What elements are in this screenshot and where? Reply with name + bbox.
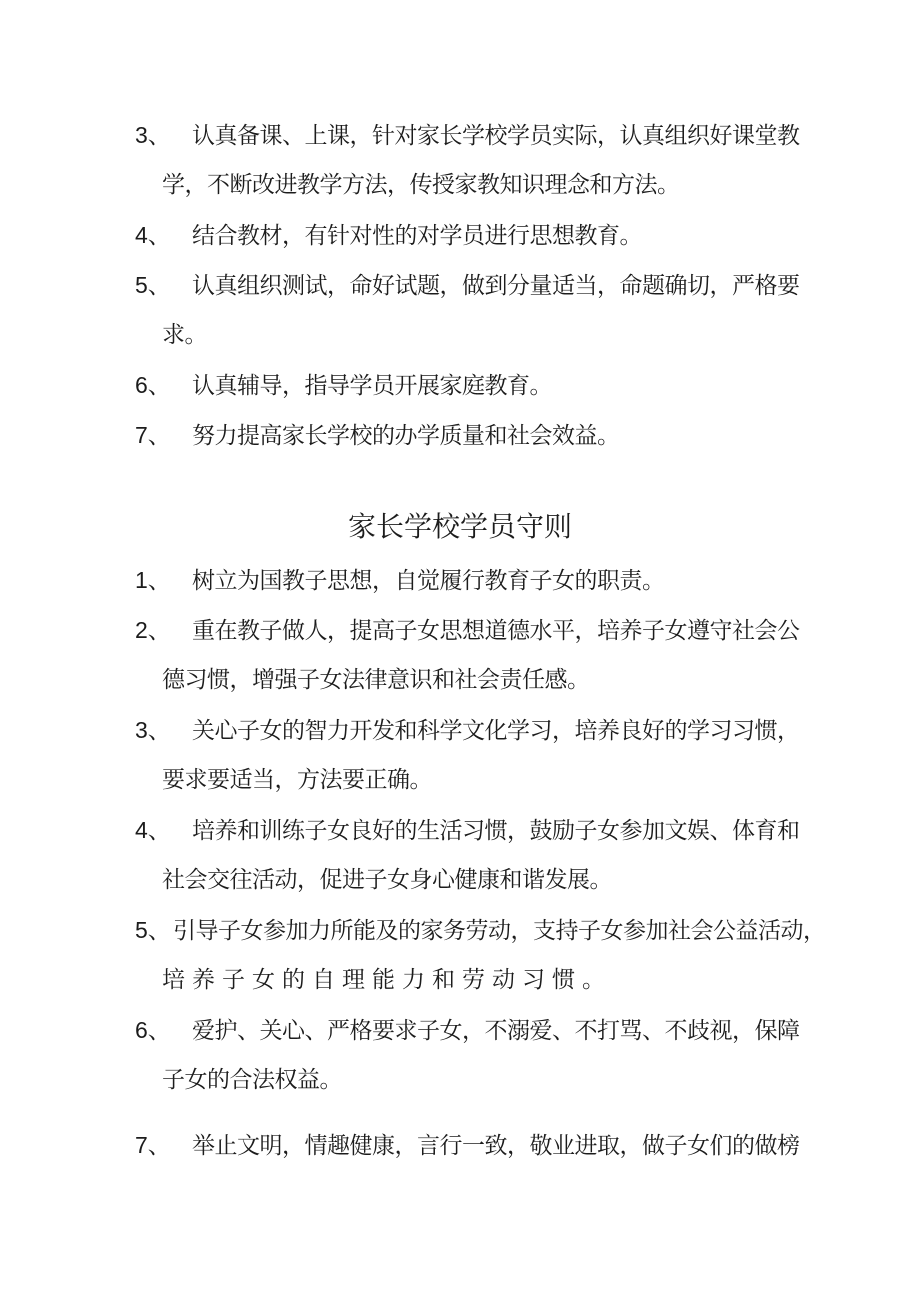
duty-item-6-line-1: 6、认真辅导，指导学员开展家庭教育。 xyxy=(0,360,920,410)
rule-item-4-line-2: 社会交往活动，促进子女身心健康和谐发展。 xyxy=(0,855,920,905)
list-number: 4、 xyxy=(135,210,192,260)
rule-item-1-line-1: 1、树立为国教子思想，自觉履行教育子女的职责。 xyxy=(0,555,920,605)
line-text: 引导子女参加力所能及的家务劳动，支持子女参加社会公益活动， xyxy=(173,918,826,943)
list-number: 5、 xyxy=(135,260,192,310)
duty-item-7: 7、努力提高家长学校的办学质量和社会效益。 xyxy=(0,410,920,460)
list-number: 6、 xyxy=(135,1005,192,1055)
duty-item-3-line-2: 学，不断改进教学方法，传授家教知识理念和方法。 xyxy=(0,160,920,210)
rule-item-5: 5、引导子女参加力所能及的家务劳动，支持子女参加社会公益活动， 培养子女的自理能… xyxy=(0,905,920,1005)
line-text: 树立为国教子思想，自觉履行教育子女的职责。 xyxy=(192,568,665,593)
list-number: 3、 xyxy=(135,110,192,160)
line-text: 关心子女的智力开发和科学文化学习，培养良好的学习习惯， xyxy=(192,718,800,743)
rule-item-4: 4、培养和训练子女良好的生活习惯，鼓励子女参加文娱、体育和 社会交往活动，促进子… xyxy=(0,805,920,905)
line-text: 培养和训练子女良好的生活习惯，鼓励子女参加文娱、体育和 xyxy=(192,818,800,843)
duty-item-3: 3、认真备课、上课，针对家长学校学员实际，认真组织好课堂教 学，不断改进教学方法… xyxy=(0,110,920,210)
duty-item-6: 6、认真辅导，指导学员开展家庭教育。 xyxy=(0,360,920,410)
rule-item-6: 6、爱护、关心、严格要求子女，不溺爱、不打骂、不歧视，保障 子女的合法权益。 xyxy=(0,1005,920,1105)
rule-item-2-line-2: 德习惯，增强子女法律意识和社会责任感。 xyxy=(0,655,920,705)
line-text: 爱护、关心、严格要求子女，不溺爱、不打骂、不歧视，保障 xyxy=(192,1018,800,1043)
rule-item-5-line-1: 5、引导子女参加力所能及的家务劳动，支持子女参加社会公益活动， xyxy=(0,905,920,955)
list-number: 3、 xyxy=(135,705,192,755)
line-text: 认真组织测试，命好试题，做到分量适当，命题确切，严格要 xyxy=(192,273,800,298)
rule-item-7: 7、举止文明，情趣健康，言行一致，敬业进取，做子女们的做榜 xyxy=(0,1120,920,1170)
rule-item-6-line-1: 6、爱护、关心、严格要求子女，不溺爱、不打骂、不歧视，保障 xyxy=(0,1005,920,1055)
rule-item-4-line-1: 4、培养和训练子女良好的生活习惯，鼓励子女参加文娱、体育和 xyxy=(0,805,920,855)
list-number: 7、 xyxy=(135,410,192,460)
list-number: 2、 xyxy=(135,605,192,655)
duty-item-4-line-1: 4、结合教材，有针对性的对学员进行思想教育。 xyxy=(0,210,920,260)
section-heading: 家长学校学员守则 xyxy=(0,500,920,555)
rule-item-3-line-1: 3、关心子女的智力开发和科学文化学习，培养良好的学习习惯， xyxy=(0,705,920,755)
duty-item-3-line-1: 3、认真备课、上课，针对家长学校学员实际，认真组织好课堂教 xyxy=(0,110,920,160)
rule-item-2-line-1: 2、重在教子做人，提高子女思想道德水平，培养子女遵守社会公 xyxy=(0,605,920,655)
rule-item-3: 3、关心子女的智力开发和科学文化学习，培养良好的学习习惯， 要求要适当，方法要正… xyxy=(0,705,920,805)
list-number: 1、 xyxy=(135,555,192,605)
line-text: 举止文明，情趣健康，言行一致，敬业进取，做子女们的做榜 xyxy=(192,1133,800,1158)
rule-item-3-line-2: 要求要适当，方法要正确。 xyxy=(0,755,920,805)
rule-item-5-line-2: 培养子女的自理能力和劳动习惯。 xyxy=(0,955,920,1005)
rule-item-1: 1、树立为国教子思想，自觉履行教育子女的职责。 xyxy=(0,555,920,605)
duty-item-5-line-2: 求。 xyxy=(0,310,920,360)
document-page: 3、认真备课、上课，针对家长学校学员实际，认真组织好课堂教 学，不断改进教学方法… xyxy=(0,0,920,1301)
line-text: 努力提高家长学校的办学质量和社会效益。 xyxy=(192,423,620,448)
rule-item-6-line-2: 子女的合法权益。 xyxy=(0,1055,920,1105)
rule-item-2: 2、重在教子做人，提高子女思想道德水平，培养子女遵守社会公 德习惯，增强子女法律… xyxy=(0,605,920,705)
list-number: 7、 xyxy=(135,1120,192,1170)
line-text: 认真备课、上课，针对家长学校学员实际，认真组织好课堂教 xyxy=(192,123,800,148)
list-number: 5、 xyxy=(135,905,173,955)
line-text: 结合教材，有针对性的对学员进行思想教育。 xyxy=(192,223,642,248)
line-text: 认真辅导，指导学员开展家庭教育。 xyxy=(192,373,552,398)
duty-item-5: 5、认真组织测试，命好试题，做到分量适当，命题确切，严格要 求。 xyxy=(0,260,920,360)
teacher-duties-section: 3、认真备课、上课，针对家长学校学员实际，认真组织好课堂教 学，不断改进教学方法… xyxy=(0,110,920,460)
list-number: 4、 xyxy=(135,805,192,855)
duty-item-5-line-1: 5、认真组织测试，命好试题，做到分量适当，命题确切，严格要 xyxy=(0,260,920,310)
rule-item-7-line-1: 7、举止文明，情趣健康，言行一致，敬业进取，做子女们的做榜 xyxy=(0,1120,920,1170)
duty-item-7-line-1: 7、努力提高家长学校的办学质量和社会效益。 xyxy=(0,410,920,460)
line-text: 重在教子做人，提高子女思想道德水平，培养子女遵守社会公 xyxy=(192,618,800,643)
list-number: 6、 xyxy=(135,360,192,410)
duty-item-4: 4、结合教材，有针对性的对学员进行思想教育。 xyxy=(0,210,920,260)
student-rules-section: 1、树立为国教子思想，自觉履行教育子女的职责。 2、重在教子做人，提高子女思想道… xyxy=(0,555,920,1170)
